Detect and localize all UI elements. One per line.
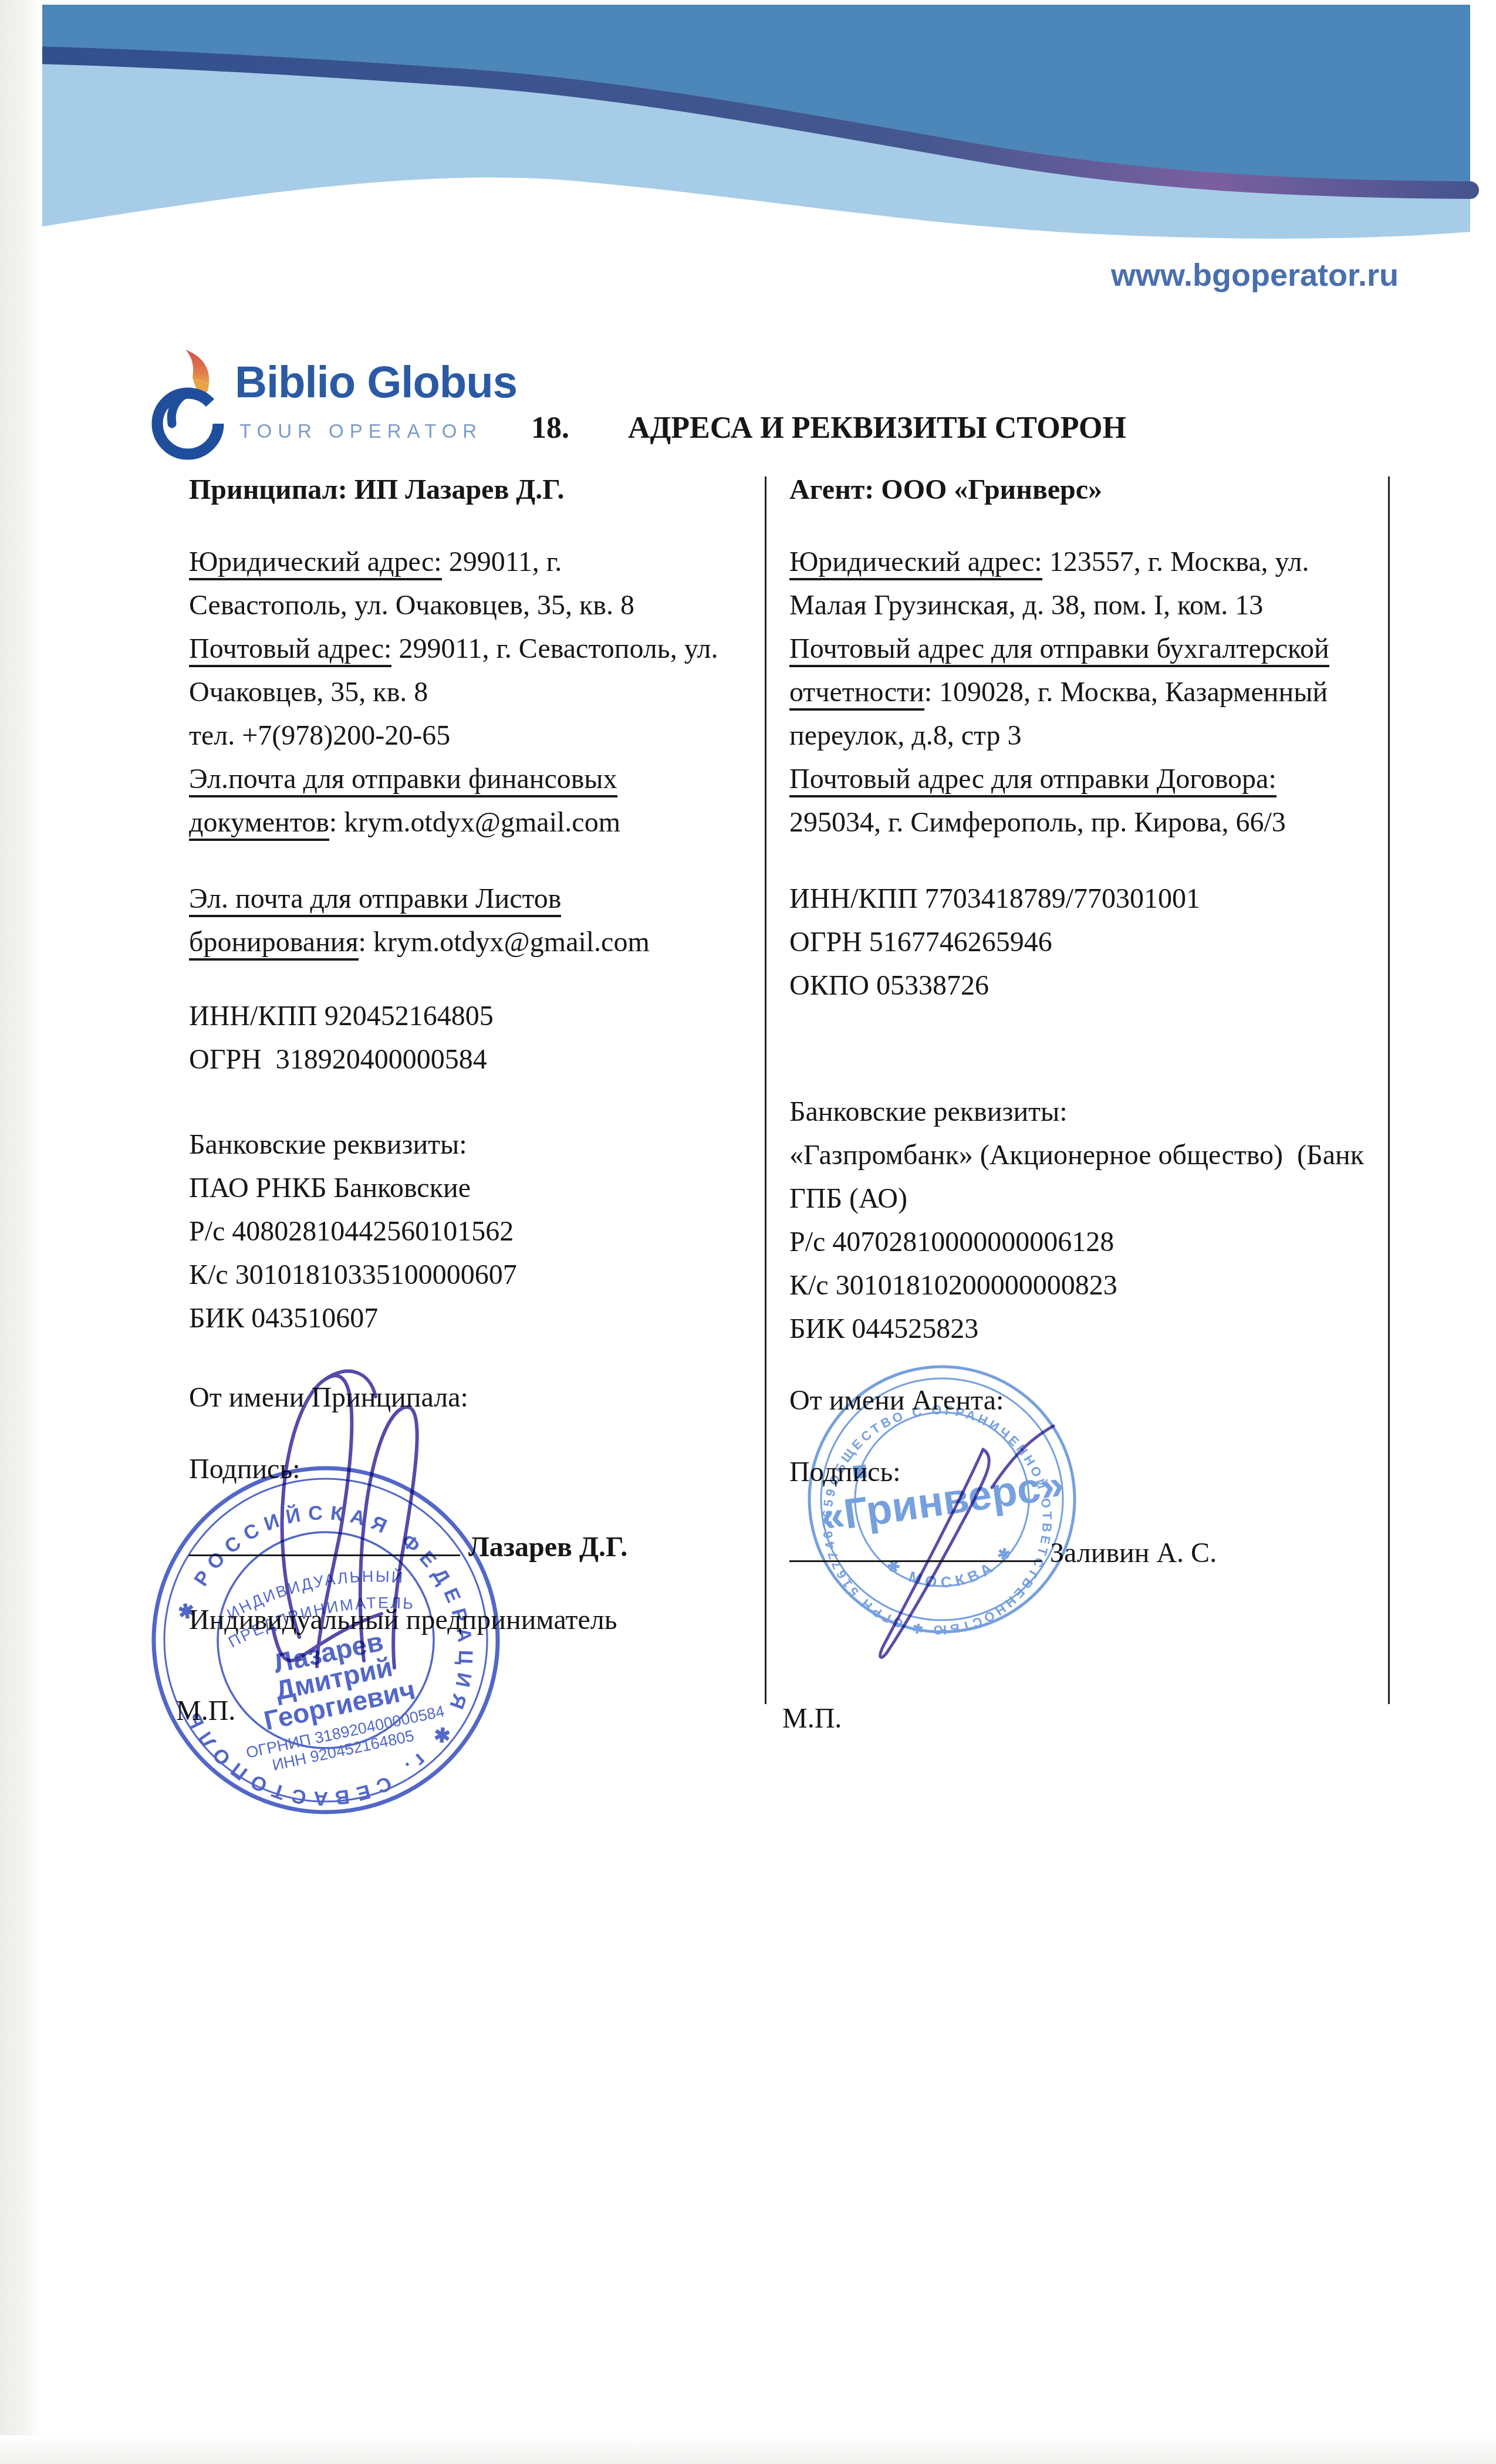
text-line: ОГРН 318920400000584 — [189, 1038, 761, 1081]
section-title: 18.АДРЕСА И РЕКВИЗИТЫ СТОРОН — [531, 411, 1126, 445]
principal-header: Принципал: ИП Лазарев Д.Г. — [189, 468, 761, 512]
text-line: тел. +7(978)200-20-65 — [189, 714, 761, 758]
text-line: Почтовый адрес для отправки бухгалтерско… — [789, 627, 1385, 671]
text-line: Р/с 40702810000000006128 — [789, 1221, 1385, 1264]
header-wave-graphic — [0, 0, 1496, 264]
brand-tagline: TOUR OPERATOR — [239, 420, 482, 442]
text-line: БИК 044525823 — [789, 1307, 1385, 1351]
text-line: Малая Грузинская, д. 38, пом. I, ком. 13 — [789, 584, 1385, 627]
text-line: Севастополь, ул. Очаковцев, 35, кв. 8 — [189, 584, 761, 627]
text-line: «Газпромбанк» (Акционерное общество) (Ба… — [789, 1134, 1385, 1177]
text-line: К/с 30101810200000000823 — [789, 1264, 1385, 1307]
text-line: отчетности: 109028, г. Москва, Казарменн… — [789, 671, 1385, 714]
text-line: Банковские реквизиты: — [789, 1090, 1385, 1134]
logo-mark-icon — [151, 350, 228, 464]
text-line: Эл. почта для отправки Листов — [189, 877, 761, 921]
agent-header: Агент: ООО «Гринверс» — [789, 468, 1385, 512]
text-line: Юридический адрес: 123557, г. Москва, ул… — [789, 540, 1385, 584]
text-line: Почтовый адрес: 299011, г. Севастополь, … — [189, 627, 761, 671]
website-url: www.bgoperator.ru — [1111, 257, 1399, 293]
brand-text: Biblio Globus — [235, 357, 517, 408]
text-line: ПАО РНКБ Банковские — [189, 1167, 761, 1210]
column-divider-line — [765, 476, 766, 1704]
text-line: Р/с 40802810442560101562 — [189, 1210, 761, 1253]
text-line: Очаковцев, 35, кв. 8 — [189, 671, 761, 714]
text-line: ИНН/КПП 920452164805 — [189, 995, 761, 1038]
text-line: Эл.почта для отправки финансовых — [189, 758, 761, 801]
text-line: бронирования: krym.otdyx@gmail.com — [189, 921, 761, 964]
agent-signature-icon — [822, 1385, 1150, 1690]
text-line: ОКПО 05338726 — [789, 964, 1385, 1008]
text-line: Почтовый адрес для отправки Договора: — [789, 758, 1385, 801]
text-line: ГПБ (АО) — [789, 1177, 1385, 1221]
principal-signature-icon — [176, 1309, 622, 1690]
text-line: Юридический адрес: 299011, г. — [189, 540, 761, 584]
agent-mp: М.П. — [782, 1697, 1385, 1740]
text-line: ОГРН 5167746265946 — [789, 921, 1385, 964]
text-line: Банковские реквизиты: — [189, 1123, 761, 1167]
text-line: К/с 30101810335100000607 — [189, 1253, 761, 1297]
section-title-text: АДРЕСА И РЕКВИЗИТЫ СТОРОН — [628, 411, 1126, 445]
scan-left-margin — [0, 0, 42, 2464]
text-line: переулок, д.8, стр 3 — [789, 714, 1385, 758]
table-right-border — [1388, 476, 1390, 1704]
text-line: документов: krym.otdyx@gmail.com — [189, 801, 761, 844]
text-line: ИНН/КПП 7703418789/770301001 — [789, 877, 1385, 921]
scanned-contract-page: Biblio Globus TOUR OPERATOR www.bgoperat… — [0, 0, 1496, 2464]
scan-bottom-shadow — [0, 2435, 1496, 2464]
section-number: 18. — [531, 411, 569, 445]
text-line: 295034, г. Симферополь, пр. Кирова, 66/3 — [789, 801, 1385, 844]
